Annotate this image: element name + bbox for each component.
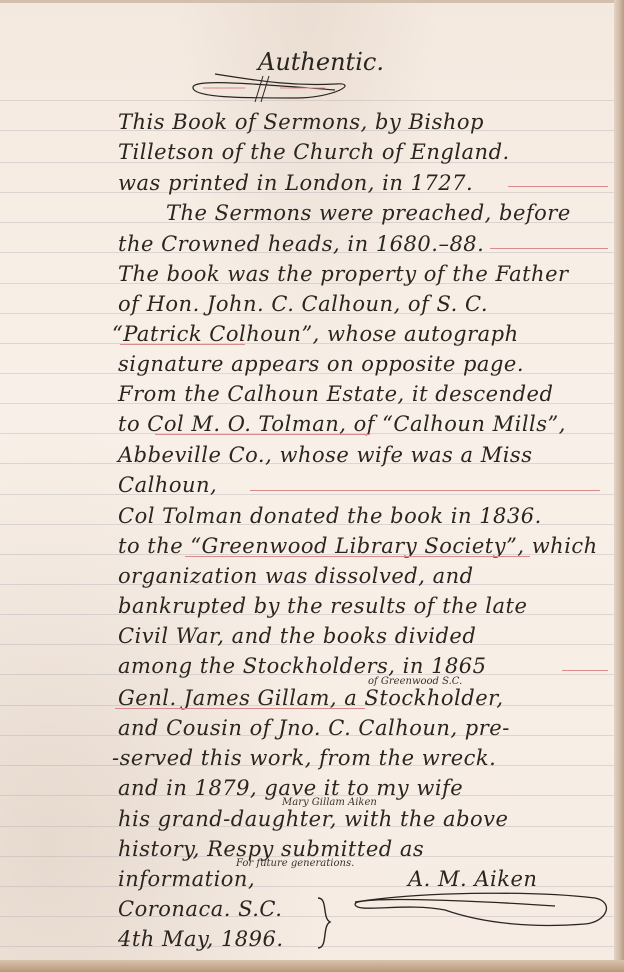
red-line-filler (562, 670, 608, 671)
page-top-edge (0, 0, 614, 3)
text-line: history, Respy submitted as (118, 839, 424, 860)
title-flourish (185, 68, 345, 104)
text-line: “Patrick Colhoun”, whose autograph (112, 324, 519, 345)
text-line: to Col M. O. Tolman, of “Calhoun Mills”, (118, 414, 566, 435)
date-line: 4th May, 1896. (118, 929, 284, 950)
text-line: and in 1879, gave it to my wife (118, 778, 463, 799)
red-underline (185, 556, 530, 557)
text-line: his grand-daughter, with the above (118, 809, 508, 830)
text-line: to the “Greenwood Library Society”, whic… (118, 536, 598, 557)
text-line: was printed in London, in 1727. (118, 173, 473, 194)
text-line: bankrupted by the results of the late (118, 596, 527, 617)
text-line: This Book of Sermons, by Bishop (118, 112, 484, 133)
text-line: Abbeville Co., whose wife was a Miss (118, 445, 532, 466)
red-line-filler (490, 248, 608, 249)
text-line: The Sermons were preached, before (166, 203, 571, 224)
signature: A. M. Aiken (408, 869, 537, 890)
text-line: Calhoun, (118, 475, 217, 496)
text-line: organization was dissolved, and (118, 566, 474, 587)
text-line: The book was the property of the Father (118, 264, 569, 285)
text-line: Col Tolman donated the book in 1836. (118, 506, 542, 527)
text-line: of Hon. John. C. Calhoun, of S. C. (118, 294, 488, 315)
manuscript-page: Authentic. This Book of Sermons, by Bish… (0, 0, 614, 960)
red-underline (155, 434, 370, 435)
text-line: Genl. James Gillam, a Stockholder, (118, 688, 504, 709)
red-line-filler (508, 186, 608, 187)
page-bottom-edge (0, 960, 624, 972)
place-line: Coronaca. S.C. (118, 899, 282, 920)
text-line: and Cousin of Jno. C. Calhoun, pre- (118, 718, 510, 739)
brace-mark (312, 896, 336, 952)
book-binding-edge (614, 0, 624, 972)
text-line: -served this work, from the wreck. (112, 748, 496, 769)
red-line-filler (250, 490, 600, 491)
text-line: signature appears on opposite page. (118, 354, 524, 375)
red-underline (120, 344, 245, 345)
text-line: among the Stockholders, in 1865 (118, 656, 487, 677)
text-line: Civil War, and the books divided (118, 626, 476, 647)
text-line: the Crowned heads, in 1680.–88. (118, 234, 484, 255)
signature-flourish (345, 888, 605, 938)
red-underline (115, 708, 365, 709)
ruled-line (0, 946, 614, 947)
text-line: Tilletson of the Church of England. (118, 142, 510, 163)
ruled-line (0, 494, 614, 495)
text-line: information, (118, 869, 255, 890)
text-line: From the Calhoun Estate, it descended (118, 384, 553, 405)
